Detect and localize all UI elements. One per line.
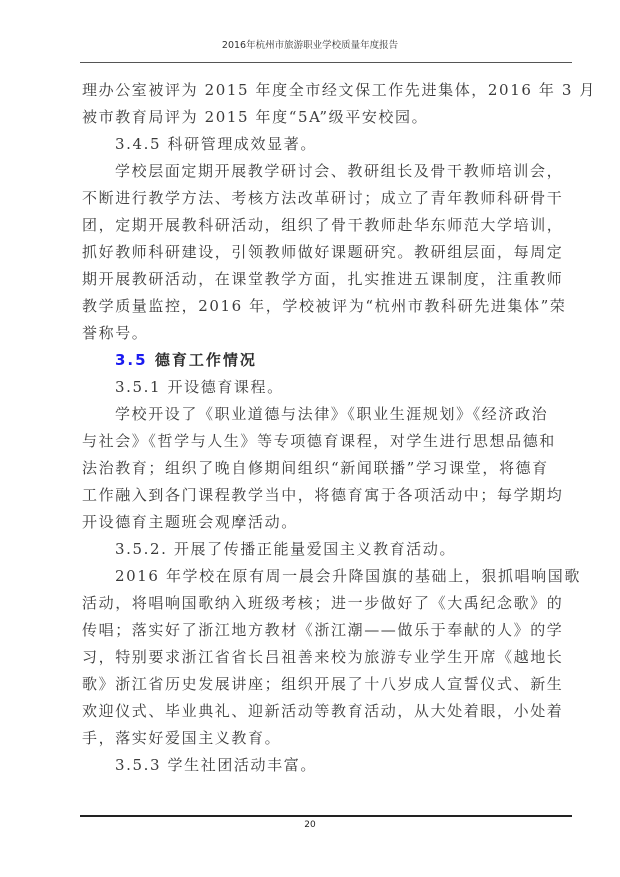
document-body: 理办公室被评为 2015 年度全市经文保工作先进集体，2016 年 3 月 被市… — [82, 77, 570, 779]
subsection-title-3-4-5: 3.4.5 科研管理成效显著。 — [82, 131, 570, 158]
text-line: 学校层面定期开展教学研讨会、教研组长及骨干教师培训会， — [82, 158, 570, 185]
footer-rule — [80, 815, 572, 817]
text-line: 活动，将唱响国歌纳入班级考核；进一步做好了《大禹纪念歌》的 — [82, 590, 570, 617]
text-line: 团，定期开展教科研活动，组织了骨干教师赴华东师范大学培训， — [82, 212, 570, 239]
text-line: 手，落实好爱国主义教育。 — [82, 725, 570, 752]
section-number: 3.5 — [115, 351, 148, 369]
section-heading: 3.5 德育工作情况 — [82, 347, 570, 374]
subsection-title-3-5-1: 3.5.1 开设德育课程。 — [82, 374, 570, 401]
running-header: 2016年杭州市旅游职业学校质量年度报告 — [0, 37, 620, 51]
text-line: 誉称号。 — [82, 320, 570, 347]
text-line: 学校开设了《职业道德与法律》《职业生涯规划》《经济政治 — [82, 401, 570, 428]
text-line: 教学质量监控，2016 年，学校被评为“杭州市教科研先进集体”荣 — [82, 293, 570, 320]
text-line: 2016 年学校在原有周一晨会升降国旗的基础上，狠抓唱响国歌 — [82, 563, 570, 590]
page-number: 20 — [0, 820, 620, 830]
text-line: 与社会》《哲学与人生》等专项德育课程，对学生进行思想品德和 — [82, 428, 570, 455]
text-line: 不断进行教学方法、考核方法改革研讨；成立了青年教师科研骨干 — [82, 185, 570, 212]
text-line: 法治教育；组织了晚自修期间组织“新闻联播”学习课堂，将德育 — [82, 455, 570, 482]
text-line: 歌》浙江省历史发展讲座；组织开展了十八岁成人宣誓仪式、新生 — [82, 671, 570, 698]
subsection-title-3-5-3: 3.5.3 学生社团活动丰富。 — [82, 752, 570, 779]
text-line: 期开展教研活动，在课堂教学方面，扎实推进五课制度，注重教师 — [82, 266, 570, 293]
section-title: 德育工作情况 — [155, 351, 257, 369]
text-line: 欢迎仪式、毕业典礼、迎新活动等教育活动，从大处着眼，小处着 — [82, 698, 570, 725]
text-line: 被市教育局评为 2015 年度“5A”级平安校园。 — [82, 104, 570, 131]
subsection-title-3-5-2: 3.5.2. 开展了传播正能量爱国主义教育活动。 — [82, 536, 570, 563]
text-line: 习，特别要求浙江省省长吕祖善来校为旅游专业学生开席《越地长 — [82, 644, 570, 671]
text-line: 抓好教师科研建设，引领教师做好课题研究。教研组层面，每周定 — [82, 239, 570, 266]
text-line: 理办公室被评为 2015 年度全市经文保工作先进集体，2016 年 3 月 — [82, 77, 570, 104]
header-rule — [80, 62, 572, 63]
text-line: 传唱；落实好了浙江地方教材《浙江潮——做乐于奉献的人》的学 — [82, 617, 570, 644]
text-line: 开设德育主题班会观摩活动。 — [82, 509, 570, 536]
text-line: 工作融入到各门课程教学当中，将德育寓于各项活动中；每学期均 — [82, 482, 570, 509]
